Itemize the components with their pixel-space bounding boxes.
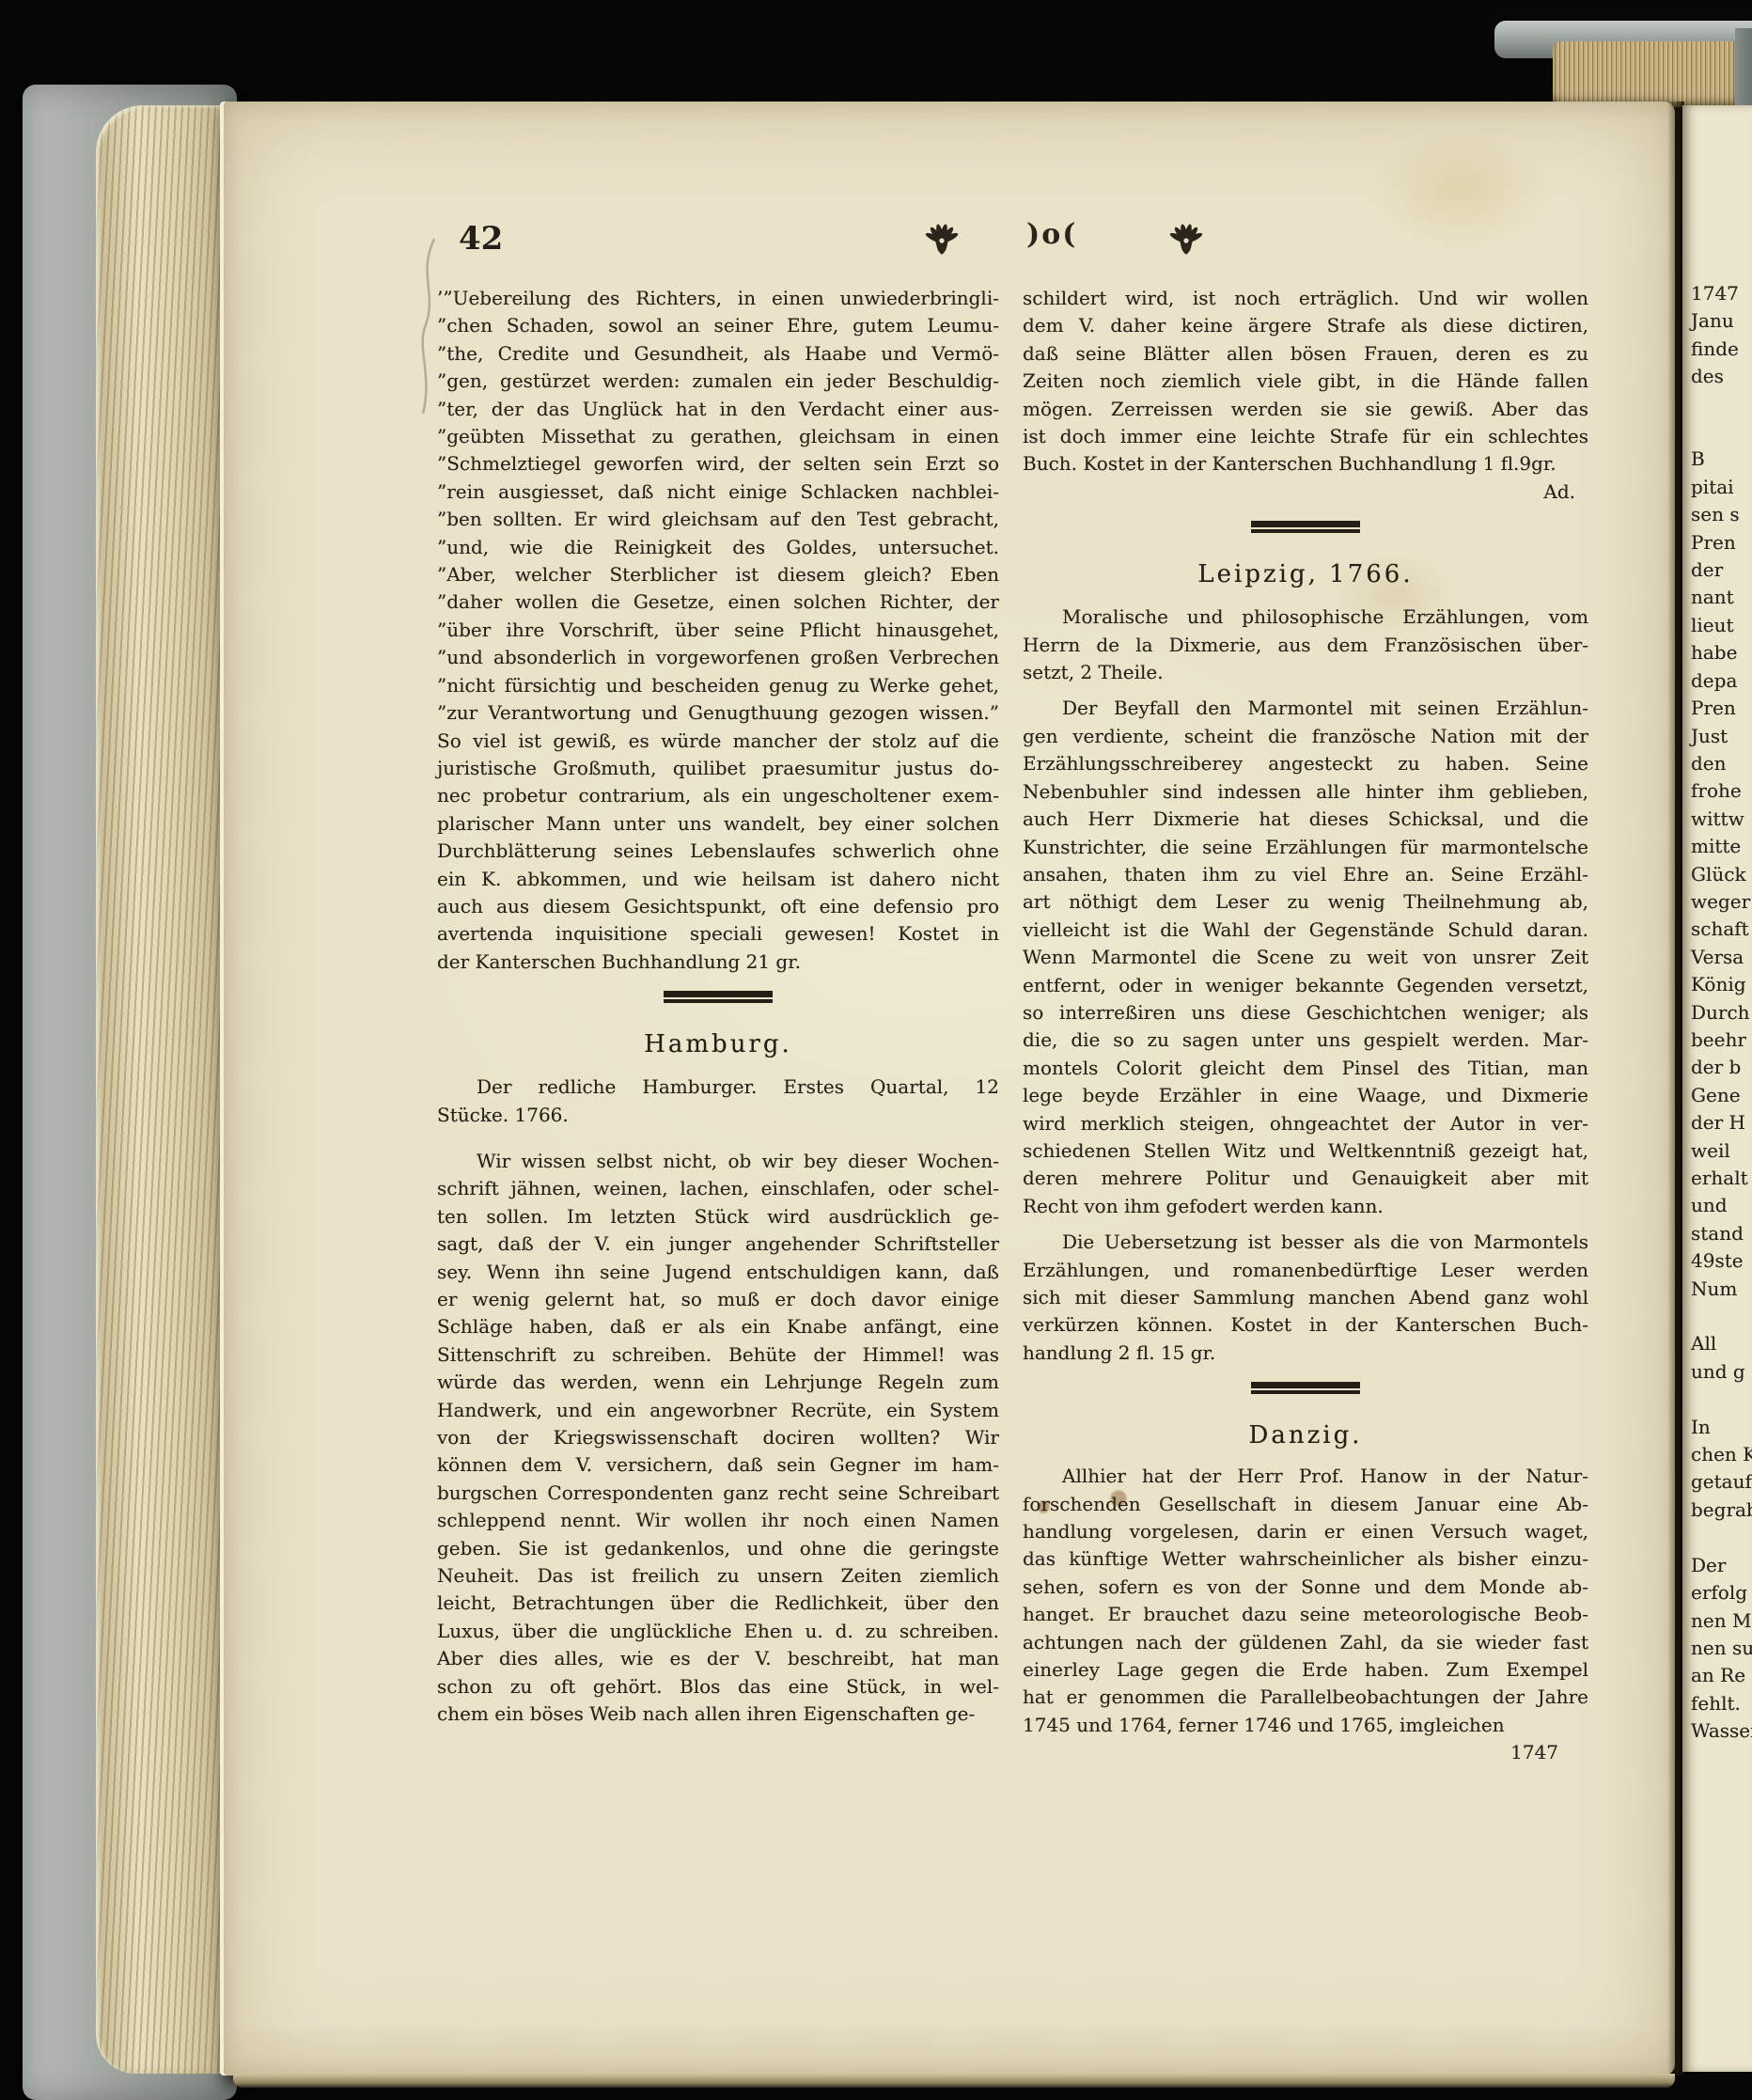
text-line: leicht, Betrachtungen über die Redlichke…: [437, 1590, 999, 1617]
text-line: So viel ist gewiß, es würde mancher der …: [437, 728, 999, 755]
review-paragraph-leipzig: Der Beyfall den Marmontel mit seinen Erz…: [1023, 695, 1588, 1220]
text-line: [1691, 1386, 1752, 1413]
text-line: getauf: [1691, 1468, 1752, 1496]
text-line: forschenden Gesellschaft in diesem Janua…: [1023, 1491, 1588, 1518]
text-line: [1691, 1303, 1752, 1330]
text-line: des: [1691, 363, 1752, 390]
text-line: fehlt.: [1691, 1690, 1752, 1717]
text-line: hat er genommen die Parallelbeobachtunge…: [1023, 1684, 1588, 1711]
text-line: ”und absonderlich in vorgeworfenen große…: [437, 644, 999, 671]
text-line: Durchblätterung seines Lebenslaufes schw…: [437, 838, 999, 865]
text-line: an Re: [1691, 1662, 1752, 1689]
text-line: der H: [1691, 1109, 1752, 1136]
text-line: B: [1691, 446, 1752, 473]
text-line: Just: [1691, 723, 1752, 750]
text-line: Janu: [1691, 307, 1752, 335]
facing-page-text-fragments: 1747Janufindedes Bpitaisen sPrendernantl…: [1691, 280, 1752, 1746]
page-bottom-edge: [233, 2074, 1675, 2088]
section-heading-danzig: Danzig.: [1023, 1419, 1588, 1451]
text-line: Der redliche Hamburger. Erstes Quartal, …: [437, 1074, 999, 1101]
text-line: Num: [1691, 1276, 1752, 1303]
text-line: [1691, 391, 1752, 418]
text-line: ”zur Verantwortung und Genugthuung gezog…: [437, 699, 999, 727]
text-line: auch Herr Dixmerie hat dieses Schicksal,…: [1023, 806, 1588, 833]
text-line: Zeiten noch ziemlich viele gibt, in die …: [1023, 368, 1588, 395]
text-line: 49ste: [1691, 1247, 1752, 1275]
text-line: nec probetur contrarium, als ein ungesch…: [437, 782, 999, 809]
text-line: finde: [1691, 336, 1752, 363]
text-line: habe: [1691, 639, 1752, 666]
text-line: ”ben sollten. Er wird gleichsam auf den …: [437, 506, 999, 533]
text-line: wird merklich steigen, ohngeachtet der A…: [1023, 1110, 1588, 1137]
text-line: ”geübten Missethat zu gerathen, gleichsa…: [437, 423, 999, 450]
text-line: König: [1691, 971, 1752, 998]
catchword: 1747: [1023, 1739, 1588, 1766]
text-line: Aber dies alles, wie es der V. beschreib…: [437, 1645, 999, 1672]
text-line: mitte: [1691, 833, 1752, 860]
text-line: ”gen, gestürzet werden: zumalen ein jede…: [437, 368, 999, 395]
text-line: entfernt, oder in weniger bekannte Gegen…: [1023, 972, 1588, 999]
text-line: verkürzen können. Kostet in der Kantersc…: [1023, 1311, 1588, 1339]
text-line: Die Uebersetzung ist besser als die von …: [1023, 1229, 1588, 1256]
text-line: Kunstrichter, die seine Erzählungen für …: [1023, 834, 1588, 861]
text-line: schon zu oft gehört. Blos das eine Stück…: [437, 1673, 999, 1700]
text-line: nant: [1691, 584, 1752, 611]
text-line: 1747: [1691, 280, 1752, 307]
text-line: chen K: [1691, 1441, 1752, 1468]
review-continuation: schildert wird, ist noch erträglich. Und…: [1023, 285, 1588, 478]
text-line: erhalt: [1691, 1165, 1752, 1192]
text-line: depa: [1691, 667, 1752, 695]
text-line: ”nicht fürsichtig und bescheiden genug z…: [437, 672, 999, 699]
text-line: [1691, 1524, 1752, 1551]
fleuron-shell-icon: [1167, 222, 1205, 256]
text-line: 1745 und 1764, ferner 1746 und 1765, img…: [1023, 1712, 1588, 1739]
text-line: ”rein ausgiesset, daß nicht einige Schla…: [437, 478, 999, 506]
text-line: begrab: [1691, 1497, 1752, 1524]
text-line: nen su: [1691, 1635, 1752, 1662]
text-line: den: [1691, 750, 1752, 777]
text-line: Luxus, über die unglückliche Ehen u. d. …: [437, 1618, 999, 1645]
news-paragraph-danzig: Allhier hat der Herr Prof. Hanow in der …: [1023, 1463, 1588, 1739]
text-line: der b: [1691, 1054, 1752, 1081]
text-line: sich mit dieser Sammlung manchen Abend g…: [1023, 1284, 1588, 1311]
text-line: auch aus diesem Gesichtspunkt, oft eine …: [437, 893, 999, 920]
text-line: gen verdiente, scheint die französche Na…: [1023, 723, 1588, 750]
book-scan-photo: 42 )o(: [0, 0, 1752, 2100]
text-line: avertenda inquisitione speciali gewesen!…: [437, 920, 999, 948]
text-line: Erzählungen, und romanenbedürftige Leser…: [1023, 1257, 1588, 1284]
column-left: ’”Uebereilung des Richters, in einen unw…: [437, 285, 999, 1729]
work-title-leipzig: Moralische und philosophische Erzählunge…: [1023, 603, 1588, 686]
text-line: weger: [1691, 888, 1752, 916]
text-line: daß seine Blätter allen bösen Frauen, de…: [1023, 340, 1588, 368]
text-line: dem V. daher keine ärgere Strafe als die…: [1023, 312, 1588, 339]
text-line: Gene: [1691, 1082, 1752, 1109]
text-line: juristische Großmuth, quilibet praesumit…: [437, 755, 999, 782]
text-line: pitai: [1691, 474, 1752, 501]
text-line: der: [1691, 556, 1752, 584]
text-line: sagt, daß der V. ein junger angehender S…: [437, 1230, 999, 1258]
text-line: frohe: [1691, 777, 1752, 805]
text-line: so interreßiren uns diese Geschichtchen …: [1023, 999, 1588, 1026]
section-divider: [1251, 1382, 1360, 1395]
text-line: Herrn de la Dixmerie, aus dem Französisc…: [1023, 632, 1588, 659]
text-line: lege beyde Erzähler in eine Waage, und D…: [1023, 1082, 1588, 1109]
text-line: Buch. Kostet in der Kanterschen Buchhand…: [1023, 450, 1588, 478]
text-line: schleppend nennt. Wir wollen ihr noch ei…: [437, 1507, 999, 1534]
text-line: mögen. Zerreissen werden sie sie gewiß. …: [1023, 396, 1588, 423]
text-line: Der: [1691, 1552, 1752, 1579]
text-line: sen s: [1691, 501, 1752, 528]
facing-page-sliver: 1747Janufindedes Bpitaisen sPrendernantl…: [1682, 105, 1752, 2072]
book-cover-corner: [1735, 28, 1752, 109]
text-line: ein K. abkommen, und wie heilsam ist dah…: [437, 866, 999, 893]
text-line: Moralische und philosophische Erzählunge…: [1023, 603, 1588, 631]
text-line: Erzählungsschreiberey angesteckt zu habe…: [1023, 750, 1588, 777]
text-line: und: [1691, 1192, 1752, 1219]
text-line: beehr: [1691, 1026, 1752, 1054]
text-line: Wir wissen selbst nicht, ob wir bey dies…: [437, 1148, 999, 1175]
text-line: Schläge haben, daß er als ein Knabe anfä…: [437, 1313, 999, 1340]
reviewer-initials: Ad.: [1023, 478, 1588, 506]
text-line: Wenn Marmontel die Scene zu weit von uns…: [1023, 944, 1588, 971]
text-line: Handwerk, und ein angeworbner Recrüte, e…: [437, 1397, 999, 1424]
text-line: plarischer Mann unter uns wandelt, bey e…: [437, 810, 999, 838]
text-line: Wasser: [1691, 1717, 1752, 1745]
text-line: sey. Wenn ihn seine Jugend entschuldigen…: [437, 1259, 999, 1286]
text-line: Pren: [1691, 529, 1752, 556]
text-line: Versa: [1691, 944, 1752, 971]
review-paragraph-hamburg: Wir wissen selbst nicht, ob wir bey dies…: [437, 1148, 999, 1729]
text-line: von der Kriegswissenschaft dociren wollt…: [437, 1424, 999, 1451]
text-line: er wenig gelernt hat, so muß er doch dav…: [437, 1286, 999, 1313]
section-divider: [664, 991, 773, 1004]
text-line: chem ein böses Weib nach allen ihren Eig…: [437, 1700, 999, 1728]
page-stack-fore-edge: [96, 105, 239, 2074]
text-line: schildert wird, ist noch erträglich. Und…: [1023, 285, 1588, 312]
text-line: In: [1691, 1414, 1752, 1441]
text-line: deren mehrere Politur und Genauigkeit ab…: [1023, 1165, 1588, 1192]
text-line: ”the, Credite und Gesundheit, als Haabe …: [437, 340, 999, 368]
text-line: Glück: [1691, 861, 1752, 888]
review-paragraph-leipzig-2: Die Uebersetzung ist besser als die von …: [1023, 1229, 1588, 1367]
text-line: vielleicht ist die Wahl der Gegenstände …: [1023, 917, 1588, 944]
lune-ornament: )o(: [1026, 218, 1077, 251]
text-line: Durch: [1691, 999, 1752, 1026]
text-line: geben. Sie ist gedankenlos, und ohne die…: [437, 1535, 999, 1562]
text-line: würde das werden, wenn ein Lehrjunge Reg…: [437, 1369, 999, 1396]
text-line: stand: [1691, 1220, 1752, 1247]
text-line: All: [1691, 1330, 1752, 1357]
text-line: ”chen Schaden, sowol an seiner Ehre, gut…: [437, 312, 999, 339]
text-line: und g: [1691, 1358, 1752, 1386]
text-line: wittw: [1691, 806, 1752, 833]
closed-pages-edge: [1553, 41, 1735, 107]
text-line: ”Schmelztiegel geworfen wird, der selten…: [437, 450, 999, 478]
text-line: nen M: [1691, 1607, 1752, 1635]
text-line: ist doch immer eine leichte Strafe für e…: [1023, 423, 1588, 450]
text-line: einerley Lage gegen die Erde haben. Zum …: [1023, 1656, 1588, 1684]
text-line: achtungen nach der güldenen Zahl, da sie…: [1023, 1629, 1588, 1656]
text-line: ”daher wollen die Gesetze, einen solchen…: [437, 588, 999, 616]
text-line: handlung 2 fl. 15 gr.: [1023, 1340, 1588, 1367]
text-line: Der Beyfall den Marmontel mit seinen Erz…: [1023, 695, 1588, 722]
text-line: schaft: [1691, 916, 1752, 943]
text-line: handlung vorgelesen, darin er einen Vers…: [1023, 1518, 1588, 1545]
text-line: hanget. Er brauchet dazu seine meteorolo…: [1023, 1601, 1588, 1628]
text-line: erfolg: [1691, 1579, 1752, 1606]
text-line: ’”Uebereilung des Richters, in einen unw…: [437, 285, 999, 312]
quoted-review-paragraph: ’”Uebereilung des Richters, in einen unw…: [437, 285, 999, 976]
section-divider: [1251, 521, 1360, 534]
text-line: burgschen Correspondenten ganz recht sei…: [437, 1480, 999, 1507]
section-heading-leipzig: Leipzig, 1766.: [1023, 558, 1588, 590]
text-line: setzt, 2 Theile.: [1023, 659, 1588, 686]
text-line: [1691, 418, 1752, 446]
fleuron-shell-icon: [923, 222, 961, 256]
text-line: ”und, wie die Reinigkeit des Goldes, unt…: [437, 534, 999, 561]
text-line: ”über ihre Vorschrift, über seine Pflich…: [437, 617, 999, 644]
work-title-hamburg: Der redliche Hamburger. Erstes Quartal, …: [437, 1074, 999, 1129]
column-right: schildert wird, ist noch erträglich. Und…: [1023, 285, 1588, 1767]
section-heading-hamburg: Hamburg.: [437, 1028, 999, 1060]
text-line: art nöthigt dem Leser zu wenig Theilnehm…: [1023, 888, 1588, 916]
text-line: schrift jähnen, weinen, lachen, einschla…: [437, 1175, 999, 1202]
text-line: weil: [1691, 1137, 1752, 1165]
text-line: Neuheit. Das ist freilich zu unsern Zeit…: [437, 1562, 999, 1590]
text-line: Sittenschrift zu schreiben. Behüte der H…: [437, 1341, 999, 1369]
text-line: können dem V. versichern, daß sein Gegne…: [437, 1451, 999, 1479]
text-line: ansahen, thaten ihm zu viel Ehre an. Sei…: [1023, 861, 1588, 888]
text-line: Pren: [1691, 695, 1752, 722]
text-line: schiedenen Stellen Witz und Weltkenntniß…: [1023, 1137, 1588, 1165]
text-line: ten sollen. Im letzten Stück wird ausdrü…: [437, 1203, 999, 1230]
text-line: ”Aber, welcher Sterblicher ist diesem gl…: [437, 561, 999, 588]
text-line: Nebenbuhler sind indessen alle hinter ih…: [1023, 778, 1588, 806]
text-line: der Kanterschen Buchhandlung 21 gr.: [437, 948, 999, 976]
text-line: Recht von ihm gefodert werden kann.: [1023, 1193, 1588, 1220]
book-page: 42 )o(: [224, 102, 1675, 2076]
text-line: Stücke. 1766.: [437, 1102, 999, 1129]
text-line: Allhier hat der Herr Prof. Hanow in der …: [1023, 1463, 1588, 1490]
text-line: lieut: [1691, 612, 1752, 639]
text-line: das künftige Wetter wahrscheinlicher als…: [1023, 1545, 1588, 1573]
text-line: sehen, sofern es von der Sonne und dem M…: [1023, 1574, 1588, 1601]
text-line: ”ter, der das Unglück hat in den Verdach…: [437, 396, 999, 423]
header-ornaments: )o(: [224, 216, 1675, 263]
text-line: die, die so zu sagen unter uns gespielt …: [1023, 1026, 1588, 1054]
text-line: montels Colorit gleicht dem Pinsel des T…: [1023, 1055, 1588, 1082]
